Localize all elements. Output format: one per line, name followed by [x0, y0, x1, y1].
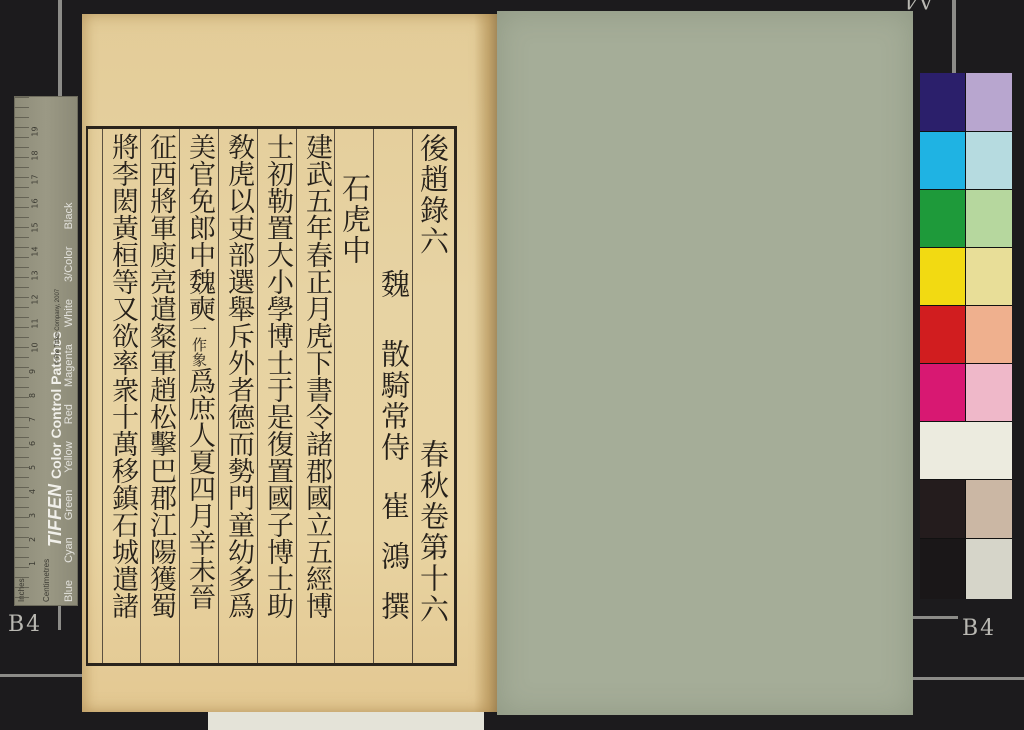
mat-label-bottom-right: B4 — [962, 616, 996, 641]
patch-magenta-strong — [920, 364, 965, 421]
body-column-6: 將李閎黃桓等又欲率衆十萬移鎮石城遣諸 — [106, 133, 138, 619]
column-rule — [102, 129, 103, 663]
body-column-4-after: 爲庶人夏四月辛未晉 — [184, 367, 215, 610]
ruler-cm-17: 17 — [31, 174, 40, 184]
ruler-cm-2: 2 — [28, 537, 37, 542]
author-surname: 崔 — [377, 491, 411, 522]
spine-shadow — [474, 14, 498, 712]
ruler-color-green: Green — [63, 490, 75, 521]
patch-blue-strong — [920, 73, 965, 131]
patch-cyan-strong — [920, 132, 965, 189]
author-name: 鴻 — [377, 541, 411, 572]
patch-white — [920, 422, 1012, 479]
column-rule — [334, 129, 335, 663]
patch-green-light — [966, 190, 1012, 247]
ruler-color-names: Blue Cyan Green Yellow Red Magenta White… — [63, 203, 75, 603]
ruler-cm-9: 9 — [28, 369, 37, 374]
column-rule — [296, 129, 297, 663]
ruler-cm-14: 14 — [31, 246, 40, 256]
patch-magenta-light — [966, 364, 1012, 421]
patch-black-light — [966, 539, 1012, 599]
author-title: 散騎常侍 — [377, 339, 411, 463]
ruler-color-white: White — [63, 299, 75, 327]
ruler-cm-4: 4 — [28, 489, 37, 494]
ruler-cm-5: 5 — [28, 465, 37, 470]
patch-3color-strong — [920, 480, 965, 538]
ruler-unit-inches: Inches — [17, 578, 26, 602]
tiffen-ruler: Inches Centimetres TIFFEN Color Control … — [14, 96, 78, 606]
ruler-cm-15: 15 — [31, 222, 40, 232]
body-column-3: 敎虎以吏部選舉斥外者德而勢門童幼多爲 — [222, 133, 254, 619]
patch-yellow-strong — [920, 248, 965, 305]
volume-title: 春秋卷第十六 — [416, 439, 450, 625]
ruler-cm-11: 11 — [31, 318, 40, 328]
ruler-color-cyan: Cyan — [63, 537, 75, 563]
author-dynasty: 魏 — [377, 269, 411, 300]
mat-guide-line-right-vertical — [952, 0, 956, 74]
ruler-cm-7: 7 — [28, 417, 37, 422]
patch-3color-light — [966, 480, 1012, 538]
ruler-color-black: Black — [63, 203, 75, 230]
mat-guide-line-right-bracket — [912, 616, 958, 619]
ruler-color-blue: Blue — [63, 580, 75, 602]
ruler-cm-19: 19 — [31, 126, 40, 136]
ruler-cm-6: 6 — [28, 441, 37, 446]
body-column-2: 士初勒置大小學博士于是復置國子博士助 — [261, 133, 293, 619]
book-left-page: 後趙錄六 春秋卷第十六 魏 散騎常侍 崔 鴻 撰 石虎中 建武五年春正月虎下書令… — [82, 14, 500, 712]
book-right-cover — [497, 11, 913, 715]
ruler-copyright: © The Tiffen Company, 2007 — [55, 289, 61, 365]
column-rule — [412, 129, 413, 663]
ruler-cm-10: 10 — [31, 342, 40, 352]
ruler-color-magenta: Magenta — [63, 344, 75, 387]
underlying-sheet — [208, 712, 484, 730]
book-title: 後趙錄六 — [416, 133, 450, 257]
patch-red-light — [966, 306, 1012, 363]
column-rule — [179, 129, 180, 663]
mat-guide-line-left-bracket — [58, 604, 61, 630]
ruler-cm-3: 3 — [28, 513, 37, 518]
ruler-unit-centimetres: Centimetres — [42, 559, 51, 602]
body-column-4: 美官免郎中魏奭一作象爲庶人夏四月辛未晉 — [183, 133, 215, 610]
ruler-cm-16: 16 — [31, 198, 40, 208]
patch-yellow-light — [966, 248, 1012, 305]
ruler-color-3color: 3/Color — [63, 246, 75, 281]
color-control-patches — [920, 73, 1012, 599]
ruler-color-yellow: Yellow — [63, 441, 75, 472]
body-column-5: 征西將軍庾亮遣粲軍趙松擊巴郡江陽獲蜀 — [144, 133, 176, 619]
mat-guide-line-bottom-left — [0, 674, 82, 677]
mat-guide-line-left-vertical — [58, 0, 62, 96]
patch-green-strong — [920, 190, 965, 247]
ruler-cm-12: 12 — [31, 294, 40, 304]
body-column-1: 建武五年春正月虎下書令諸郡國立五經博 — [300, 133, 332, 619]
patch-cyan-light — [966, 132, 1012, 189]
text-frame: 後趙錄六 春秋卷第十六 魏 散騎常侍 崔 鴻 撰 石虎中 建武五年春正月虎下書令… — [86, 126, 457, 666]
patch-blue-light — [966, 73, 1012, 131]
ruler-cm-13: 13 — [31, 270, 40, 280]
patch-black-strong — [920, 539, 965, 599]
patch-red-strong — [920, 306, 965, 363]
ruler-color-red: Red — [63, 404, 75, 424]
mat-label-bottom-left: B4 — [8, 612, 42, 637]
ruler-cm-1: 1 — [28, 561, 37, 566]
mat-guide-line-bottom-right — [912, 677, 1024, 680]
ruler-cm-8: 8 — [28, 393, 37, 398]
body-column-4-before: 美官免郎中魏奭 — [184, 133, 215, 322]
ruler-tick-marks — [15, 97, 29, 605]
column-rule — [218, 129, 219, 663]
column-rule — [373, 129, 374, 663]
column-rule — [140, 129, 141, 663]
column-rule — [257, 129, 258, 663]
interlinear-note: 一作象 — [190, 322, 208, 367]
author-verb: 撰 — [377, 591, 411, 622]
ruler-brand-name: TIFFEN — [45, 484, 65, 547]
chapter-title: 石虎中 — [338, 173, 372, 266]
ruler-cm-18: 18 — [31, 150, 40, 160]
